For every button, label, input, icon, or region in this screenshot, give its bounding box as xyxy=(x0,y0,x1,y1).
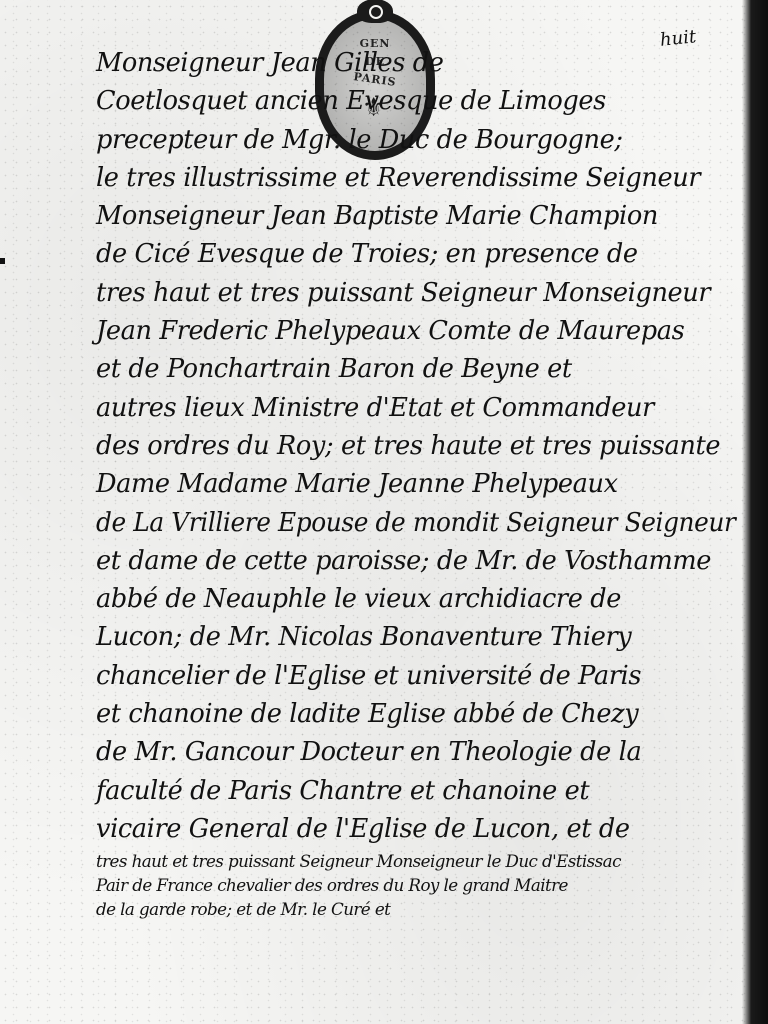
manuscript-line: abbé de Neauphle le vieux archidiacre de xyxy=(96,584,736,622)
manuscript-line: et chanoine de ladite Eglise abbé de Che… xyxy=(96,699,736,737)
manuscript-line: Coetlosquet ancien Evesque de Limoges xyxy=(96,86,736,124)
seal-crown-icon xyxy=(357,0,393,23)
manuscript-line: de La Vrilliere Epouse de mondit Seigneu… xyxy=(96,508,716,546)
manuscript-line: Jean Frederic Phelypeaux Comte de Maurep… xyxy=(96,316,736,354)
manuscript-line: et de Ponchartrain Baron de Beyne et xyxy=(96,354,736,392)
manuscript-line: des ordres du Roy; et tres haute et tres… xyxy=(96,431,736,469)
manuscript-line: et dame de cette paroisse; de Mr. de Vos… xyxy=(96,546,736,584)
manuscript-line: faculté de Paris Chantre et chanoine et xyxy=(96,776,736,814)
manuscript-line: de Mr. Gancour Docteur en Theologie de l… xyxy=(96,737,736,775)
margin-mark xyxy=(0,258,5,264)
manuscript-line: Monseigneur Jean Gilles de xyxy=(96,48,736,86)
manuscript-text: Monseigneur Jean Gilles de Coetlosquet a… xyxy=(96,48,746,924)
manuscript-line: Monseigneur Jean Baptiste Marie Champion xyxy=(96,201,736,239)
manuscript-line: autres lieux Ministre d'Etat et Commande… xyxy=(96,393,736,431)
manuscript-line: precepteur de Mgr. le Duc de Bourgogne; xyxy=(96,125,736,163)
manuscript-line-small: Pair de France chevalier des ordres du R… xyxy=(96,876,736,900)
page-binding-edge xyxy=(742,0,768,1024)
manuscript-line-small: tres haut et tres puissant Seigneur Mons… xyxy=(96,852,736,876)
manuscript-line: de Cicé Evesque de Troies; en presence d… xyxy=(96,239,736,277)
document-page: GEN DE PARIS ⚜ huit Monseigneur Jean Gil… xyxy=(0,0,768,1024)
manuscript-line: tres haut et tres puissant Seigneur Mons… xyxy=(96,278,736,316)
manuscript-line: le tres illustrissime et Reverendissime … xyxy=(96,163,736,201)
manuscript-line: chancelier de l'Eglise et université de … xyxy=(96,661,736,699)
manuscript-line: Dame Madame Marie Jeanne Phelypeaux xyxy=(96,469,736,507)
manuscript-line-small: de la garde robe; et de Mr. le Curé et xyxy=(96,900,736,924)
manuscript-line: vicaire General de l'Eglise de Lucon, et… xyxy=(96,814,736,852)
manuscript-line: Lucon; de Mr. Nicolas Bonaventure Thiery xyxy=(96,622,736,660)
